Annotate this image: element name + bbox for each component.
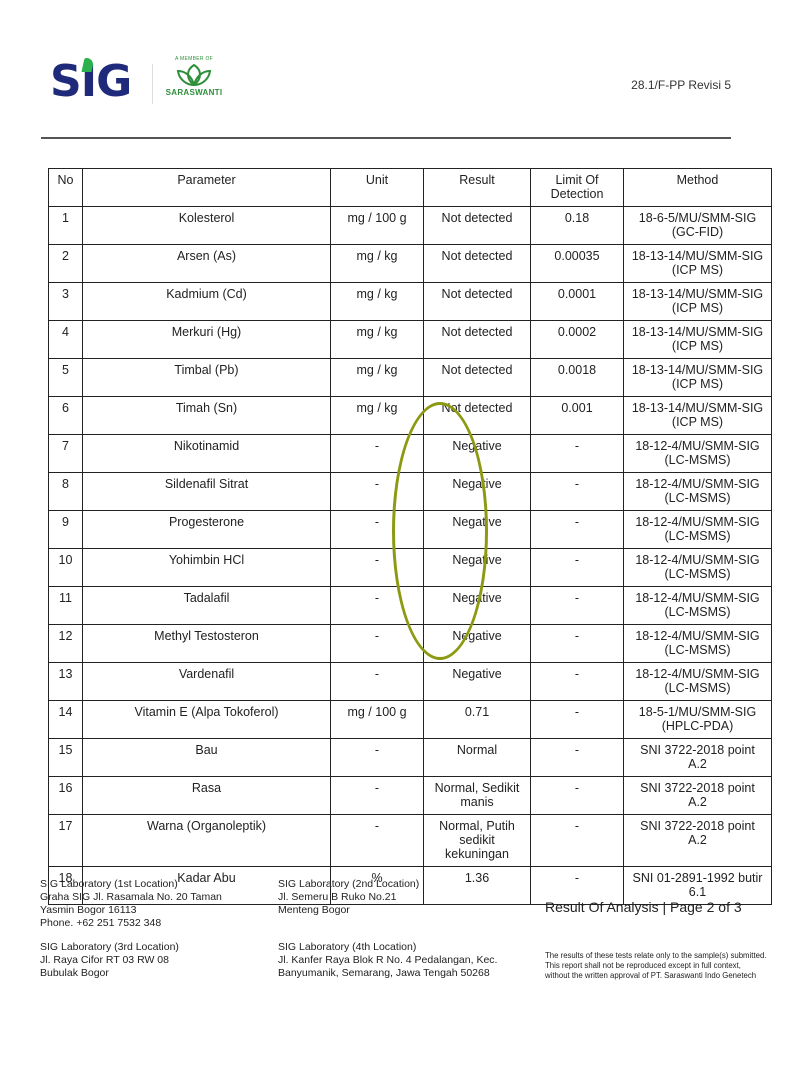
table-row: 12Methyl Testosteron-Negative-18-12-4/MU… (49, 625, 772, 663)
column-header-no: No (49, 169, 83, 207)
cell-result: Not detected (424, 283, 531, 321)
cell-method: SNI 3722-2018 point A.2 (624, 777, 772, 815)
cell-unit: - (331, 435, 424, 473)
cell-method: 18-6-5/MU/SMM-SIG (GC-FID) (624, 207, 772, 245)
cell-no: 6 (49, 397, 83, 435)
cell-method: 18-13-14/MU/SMM-SIG (ICP MS) (624, 283, 772, 321)
cell-no: 4 (49, 321, 83, 359)
cell-result: Not detected (424, 397, 531, 435)
cell-no: 15 (49, 739, 83, 777)
cell-parameter: Warna (Organoleptik) (83, 815, 331, 867)
table-row: 5Timbal (Pb)mg / kgNot detected0.001818-… (49, 359, 772, 397)
cell-parameter: Sildenafil Sitrat (83, 473, 331, 511)
cell-method: 18-12-4/MU/SMM-SIG (LC-MSMS) (624, 663, 772, 701)
cell-method: SNI 3722-2018 point A.2 (624, 739, 772, 777)
cell-method: 18-12-4/MU/SMM-SIG (LC-MSMS) (624, 549, 772, 587)
cell-unit: mg / kg (331, 245, 424, 283)
cell-no: 13 (49, 663, 83, 701)
cell-unit: - (331, 473, 424, 511)
cell-parameter: Bau (83, 739, 331, 777)
table-row: 2Arsen (As)mg / kgNot detected0.0003518-… (49, 245, 772, 283)
cell-no: 17 (49, 815, 83, 867)
cell-unit: - (331, 815, 424, 867)
cell-unit: mg / 100 g (331, 207, 424, 245)
cell-no: 1 (49, 207, 83, 245)
table-row: 15Bau-Normal-SNI 3722-2018 point A.2 (49, 739, 772, 777)
cell-method: 18-13-14/MU/SMM-SIG (ICP MS) (624, 397, 772, 435)
table-row: 11Tadalafil-Negative-18-12-4/MU/SMM-SIG … (49, 587, 772, 625)
cell-method: 18-12-4/MU/SMM-SIG (LC-MSMS) (624, 435, 772, 473)
cell-parameter: Vitamin E (Alpa Tokoferol) (83, 701, 331, 739)
table-row: 10Yohimbin HCl-Negative-18-12-4/MU/SMM-S… (49, 549, 772, 587)
cell-unit: - (331, 511, 424, 549)
cell-result: Negative (424, 587, 531, 625)
lotus-leaf-icon (174, 63, 214, 87)
footer-location-1: SIG Laboratory (1st Location) Graha SIG … (40, 878, 222, 930)
logo-divider (152, 64, 153, 104)
column-header-result: Result (424, 169, 531, 207)
cell-no: 8 (49, 473, 83, 511)
location-title: SIG Laboratory (2nd Location) (278, 878, 419, 891)
table-row: 1Kolesterolmg / 100 gNot detected0.1818-… (49, 207, 772, 245)
cell-parameter: Yohimbin HCl (83, 549, 331, 587)
cell-result: Normal, Putih sedikit kekuningan (424, 815, 531, 867)
cell-lod: - (531, 701, 624, 739)
saraswanti-logo: A MEMBER OF SARASWANTI (163, 56, 225, 97)
table-row: 13Vardenafil-Negative-18-12-4/MU/SMM-SIG… (49, 663, 772, 701)
cell-result: Not detected (424, 321, 531, 359)
cell-no: 16 (49, 777, 83, 815)
cell-no: 5 (49, 359, 83, 397)
cell-parameter: Tadalafil (83, 587, 331, 625)
location-line: Graha SIG Jl. Rasamala No. 20 Taman (40, 891, 222, 904)
location-line: Jl. Raya Cifor RT 03 RW 08 (40, 954, 179, 967)
cell-no: 9 (49, 511, 83, 549)
location-line: Phone. +62 251 7532 348 (40, 917, 222, 930)
document-code: 28.1/F-PP Revisi 5 (631, 78, 731, 92)
cell-method: 18-12-4/MU/SMM-SIG (LC-MSMS) (624, 511, 772, 549)
cell-lod: - (531, 739, 624, 777)
cell-lod: - (531, 663, 624, 701)
cell-lod: 0.0018 (531, 359, 624, 397)
cell-result: Not detected (424, 245, 531, 283)
location-line: Banyumanik, Semarang, Jawa Tengah 50268 (278, 967, 497, 980)
cell-unit: mg / kg (331, 283, 424, 321)
cell-parameter: Kadmium (Cd) (83, 283, 331, 321)
cell-parameter: Kolesterol (83, 207, 331, 245)
table-row: 7Nikotinamid-Negative-18-12-4/MU/SMM-SIG… (49, 435, 772, 473)
cell-no: 3 (49, 283, 83, 321)
cell-no: 11 (49, 587, 83, 625)
table-header-row: No Parameter Unit Result Limit Of Detect… (49, 169, 772, 207)
cell-result: Negative (424, 549, 531, 587)
cell-result: Not detected (424, 359, 531, 397)
cell-parameter: Timah (Sn) (83, 397, 331, 435)
cell-result: 1.36 (424, 867, 531, 905)
cell-parameter: Nikotinamid (83, 435, 331, 473)
disclaimer-line: without the written approval of PT. Sara… (545, 971, 766, 981)
cell-lod: 0.00035 (531, 245, 624, 283)
cell-method: 18-5-1/MU/SMM-SIG (HPLC-PDA) (624, 701, 772, 739)
table-row: 6Timah (Sn)mg / kgNot detected0.00118-13… (49, 397, 772, 435)
cell-no: 2 (49, 245, 83, 283)
sig-logo: SIG (50, 60, 131, 104)
footer-location-4: SIG Laboratory (4th Location) Jl. Kanfer… (278, 941, 497, 980)
cell-unit: - (331, 549, 424, 587)
header-divider (41, 137, 731, 139)
cell-unit: - (331, 739, 424, 777)
cell-method: 18-12-4/MU/SMM-SIG (LC-MSMS) (624, 625, 772, 663)
cell-method: 18-13-14/MU/SMM-SIG (ICP MS) (624, 359, 772, 397)
cell-unit: - (331, 587, 424, 625)
cell-no: 10 (49, 549, 83, 587)
saraswanti-name: SARASWANTI (163, 88, 225, 97)
cell-result: Not detected (424, 207, 531, 245)
cell-lod: - (531, 511, 624, 549)
member-label: A MEMBER OF (163, 56, 225, 62)
cell-result: Negative (424, 473, 531, 511)
cell-no: 14 (49, 701, 83, 739)
cell-lod: - (531, 549, 624, 587)
cell-parameter: Methyl Testosteron (83, 625, 331, 663)
column-header-parameter: Parameter (83, 169, 331, 207)
cell-parameter: Progesterone (83, 511, 331, 549)
cell-lod: - (531, 587, 624, 625)
cell-unit: mg / kg (331, 359, 424, 397)
cell-method: 18-12-4/MU/SMM-SIG (LC-MSMS) (624, 473, 772, 511)
disclaimer-line: This report shall not be reproduced exce… (545, 961, 766, 971)
location-line: Menteng Bogor (278, 904, 419, 917)
cell-lod: - (531, 815, 624, 867)
cell-no: 7 (49, 435, 83, 473)
cell-lod: - (531, 473, 624, 511)
cell-result: Negative (424, 435, 531, 473)
cell-result: Normal (424, 739, 531, 777)
cell-lod: 0.0001 (531, 283, 624, 321)
cell-method: 18-13-14/MU/SMM-SIG (ICP MS) (624, 245, 772, 283)
cell-unit: - (331, 777, 424, 815)
cell-result: Negative (424, 663, 531, 701)
cell-parameter: Timbal (Pb) (83, 359, 331, 397)
table-row: 4Merkuri (Hg)mg / kgNot detected0.000218… (49, 321, 772, 359)
cell-lod: 0.18 (531, 207, 624, 245)
cell-result: Negative (424, 625, 531, 663)
location-title: SIG Laboratory (4th Location) (278, 941, 497, 954)
cell-parameter: Merkuri (Hg) (83, 321, 331, 359)
table-row: 3Kadmium (Cd)mg / kgNot detected0.000118… (49, 283, 772, 321)
cell-lod: - (531, 435, 624, 473)
location-line: Yasmin Bogor 16113 (40, 904, 222, 917)
cell-unit: - (331, 625, 424, 663)
table-row: 17Warna (Organoleptik)-Normal, Putih sed… (49, 815, 772, 867)
table-row: 8Sildenafil Sitrat-Negative-18-12-4/MU/S… (49, 473, 772, 511)
location-line: Jl. Kanfer Raya Blok R No. 4 Pedalangan,… (278, 954, 497, 967)
cell-result: Negative (424, 511, 531, 549)
disclaimer: The results of these tests relate only t… (545, 951, 766, 981)
cell-unit: mg / kg (331, 321, 424, 359)
column-header-unit: Unit (331, 169, 424, 207)
location-title: SIG Laboratory (1st Location) (40, 878, 222, 891)
column-header-lod: Limit Of Detection (531, 169, 624, 207)
cell-lod: 0.001 (531, 397, 624, 435)
cell-lod: - (531, 777, 624, 815)
results-table: No Parameter Unit Result Limit Of Detect… (48, 168, 772, 905)
cell-no: 12 (49, 625, 83, 663)
cell-unit: mg / kg (331, 397, 424, 435)
disclaimer-line: The results of these tests relate only t… (545, 951, 766, 961)
cell-result: 0.71 (424, 701, 531, 739)
table-row: 9Progesterone-Negative-18-12-4/MU/SMM-SI… (49, 511, 772, 549)
location-line: Jl. Semeru B Ruko No.21 (278, 891, 419, 904)
cell-method: SNI 3722-2018 point A.2 (624, 815, 772, 867)
table-row: 14Vitamin E (Alpa Tokoferol)mg / 100 g0.… (49, 701, 772, 739)
cell-lod: 0.0002 (531, 321, 624, 359)
column-header-method: Method (624, 169, 772, 207)
table-row: 16Rasa-Normal, Sedikit manis-SNI 3722-20… (49, 777, 772, 815)
cell-unit: - (331, 663, 424, 701)
footer-location-3: SIG Laboratory (3rd Location) Jl. Raya C… (40, 941, 179, 980)
cell-parameter: Arsen (As) (83, 245, 331, 283)
cell-parameter: Vardenafil (83, 663, 331, 701)
footer-location-2: SIG Laboratory (2nd Location) Jl. Semeru… (278, 878, 419, 917)
page-label: Result Of Analysis | Page 2 of 3 (545, 899, 742, 915)
cell-parameter: Rasa (83, 777, 331, 815)
cell-unit: mg / 100 g (331, 701, 424, 739)
cell-lod: - (531, 625, 624, 663)
cell-result: Normal, Sedikit manis (424, 777, 531, 815)
cell-method: 18-12-4/MU/SMM-SIG (LC-MSMS) (624, 587, 772, 625)
logo-leaf-accent (81, 58, 94, 72)
location-title: SIG Laboratory (3rd Location) (40, 941, 179, 954)
cell-method: 18-13-14/MU/SMM-SIG (ICP MS) (624, 321, 772, 359)
location-line: Bubulak Bogor (40, 967, 179, 980)
